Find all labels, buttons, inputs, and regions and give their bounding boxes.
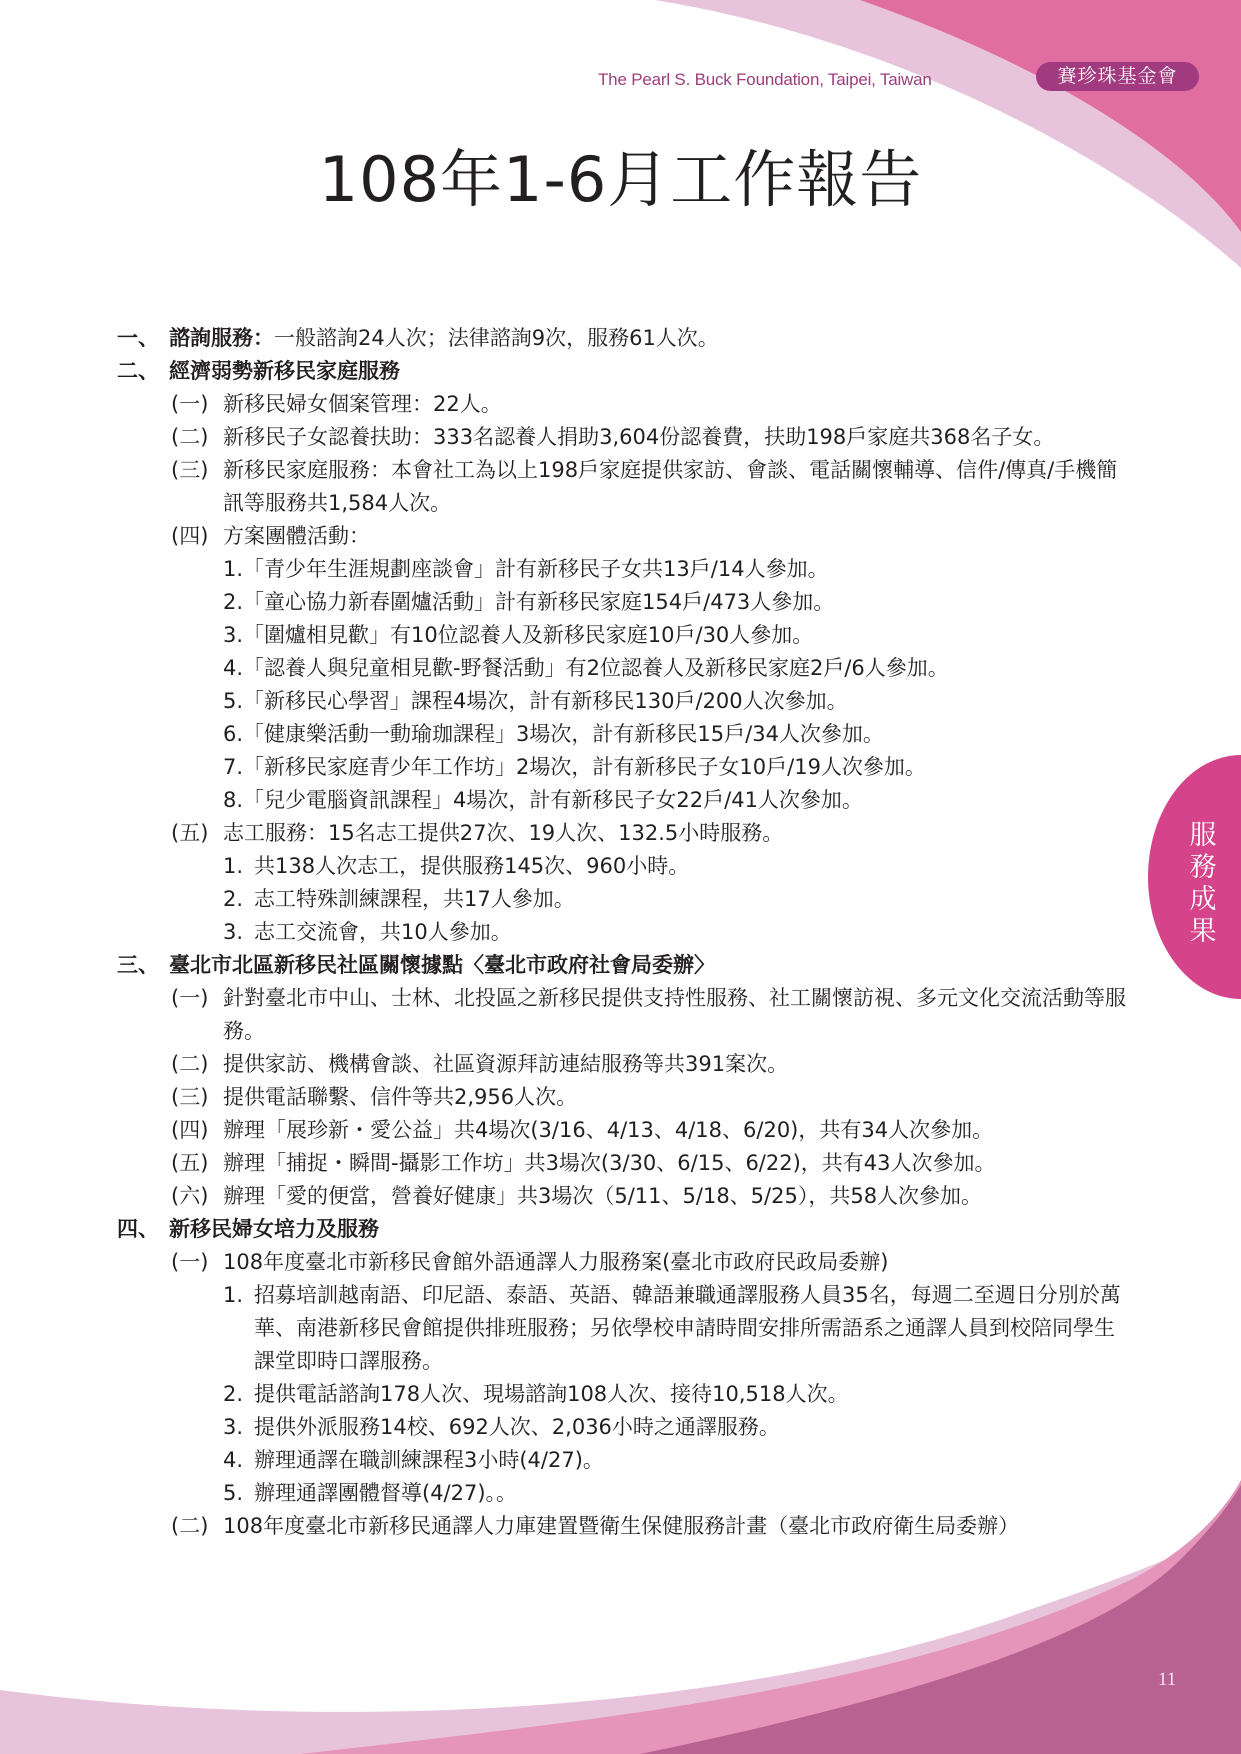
item-number: 4. [223, 656, 243, 680]
item-number: 1. [223, 557, 243, 581]
subsection-text: 提供家訪、機構會談、社區資源拜訪連結服務等共391案次。 [223, 1052, 788, 1076]
item-text: 提供外派服務14校、692人次、2,036小時之通譯服務。 [254, 1415, 780, 1439]
section-4: 四、新移民婦女培力及服務 [117, 1213, 1127, 1246]
item-text: 「青少年生涯規劃座談會」計有新移民子女共13戶/14人參加。 [243, 557, 829, 581]
subsection-number: (一) [171, 982, 208, 1015]
list-item: 8.「兒少電腦資訊課程」4場次，計有新移民子女22戶/41人次參加。 [117, 784, 1127, 817]
list-item: 3.志工交流會，共10人參加。 [117, 916, 1127, 949]
subsection: (四)辦理「展珍新・愛公益」共4場次(3/16、4/13、4/18、6/20)，… [117, 1114, 1127, 1147]
subsection-number: (三) [171, 454, 208, 487]
item-number: 5. [223, 689, 243, 713]
subsection-text: 辦理「捕捉・瞬間-攝影工作坊」共3場次(3/30、6/15、6/22)，共有43… [223, 1151, 996, 1175]
subsection-text: 辦理「愛的便當，營養好健康」共3場次（5/11、5/18、5/25），共58人次… [223, 1184, 982, 1208]
subsection-number: (二) [171, 421, 208, 454]
section-heading: 新移民婦女培力及服務 [169, 1217, 379, 1241]
subsection-number: (六) [171, 1180, 208, 1213]
section-2: 二、經濟弱勢新移民家庭服務 [117, 355, 1127, 388]
subsection-number: (五) [171, 1147, 208, 1180]
item-text: 「認養人與兒童相見歡-野餐活動」有2位認養人及新移民家庭2戶/6人參加。 [243, 656, 949, 680]
list-item: 2.提供電話諮詢178人次、現場諮詢108人次、接待10,518人次。 [117, 1378, 1127, 1411]
subsection-text: 提供電話聯繫、信件等共2,956人次。 [223, 1085, 577, 1109]
subsection-number: (二) [171, 1510, 208, 1543]
side-section-tab-label: 服務成果 [1188, 820, 1218, 948]
subsection-number: (二) [171, 1048, 208, 1081]
subsection-text: 新移民子女認養扶助：333名認養人捐助3,604份認養費，扶助198戶家庭共36… [223, 425, 1054, 449]
item-number: 7. [223, 755, 243, 779]
section-number: 四、 [117, 1213, 159, 1246]
item-number: 1. [223, 850, 243, 883]
section-heading: 經濟弱勢新移民家庭服務 [169, 359, 400, 383]
subsection: (一)108年度臺北市新移民會館外語通譯人力服務案(臺北市政府民政局委辦) [117, 1246, 1127, 1279]
list-item: 3.「圍爐相見歡」有10位認養人及新移民家庭10戶/30人參加。 [117, 619, 1127, 652]
subsection-number: (三) [171, 1081, 208, 1114]
section-3: 三、臺北市北區新移民社區關懷據點〈臺北市政府社會局委辦〉 [117, 949, 1127, 982]
subsection-text: 108年度臺北市新移民會館外語通譯人力服務案(臺北市政府民政局委辦) [223, 1250, 888, 1274]
list-item: 7.「新移民家庭青少年工作坊」2場次，計有新移民子女10戶/19人次參加。 [117, 751, 1127, 784]
header-org-badge: 賽珍珠基金會 [1036, 62, 1199, 91]
report-content: 一、諮詢服務：一般諮詢24人次；法律諮詢9次，服務61人次。 二、經濟弱勢新移民… [117, 322, 1127, 1543]
list-item: 2.志工特殊訓練課程，共17人參加。 [117, 883, 1127, 916]
item-text: 招募培訓越南語、印尼語、泰語、英語、韓語兼職通譯服務人員35名，每週二至週日分別… [254, 1283, 1121, 1373]
subsection-text: 新移民婦女個案管理：22人。 [223, 392, 502, 416]
subsection-number: (四) [171, 520, 208, 553]
item-text: 「童心協力新春圍爐活動」計有新移民家庭154戶/473人參加。 [243, 590, 834, 614]
list-item: 5.「新移民心學習」課程4場次，計有新移民130戶/200人次參加。 [117, 685, 1127, 718]
item-number: 2. [223, 590, 243, 614]
page-number: 11 [1158, 1669, 1176, 1691]
item-number: 3. [223, 916, 243, 949]
subsection: (一)新移民婦女個案管理：22人。 [117, 388, 1127, 421]
item-text: 共138人次志工，提供服務145次、960小時。 [254, 854, 689, 878]
subsection-number: (一) [171, 388, 208, 421]
subsection: (二)提供家訪、機構會談、社區資源拜訪連結服務等共391案次。 [117, 1048, 1127, 1081]
subsection: (五)志工服務：15名志工提供27次、19人次、132.5小時服務。 [117, 817, 1127, 850]
item-text: 「新移民心學習」課程4場次，計有新移民130戶/200人次參加。 [243, 689, 848, 713]
subsection-text: 辦理「展珍新・愛公益」共4場次(3/16、4/13、4/18、6/20)，共有3… [223, 1118, 993, 1142]
item-text: 志工特殊訓練課程，共17人參加。 [254, 887, 575, 911]
subsection: (二)108年度臺北市新移民通譯人力庫建置暨衛生保健服務計畫（臺北市政府衛生局委… [117, 1510, 1127, 1543]
list-item: 3.提供外派服務14校、692人次、2,036小時之通譯服務。 [117, 1411, 1127, 1444]
subsection-text: 志工服務：15名志工提供27次、19人次、132.5小時服務。 [223, 821, 783, 845]
page-title: 108年1-6月工作報告 [0, 140, 1241, 220]
subsection: (三)新移民家庭服務：本會社工為以上198戶家庭提供家訪、會談、電話關懷輔導、信… [117, 454, 1127, 520]
section-text: 一般諮詢24人次；法律諮詢9次，服務61人次。 [274, 326, 719, 350]
subsection-text: 108年度臺北市新移民通譯人力庫建置暨衛生保健服務計畫（臺北市政府衛生局委辦） [223, 1514, 1019, 1538]
header-org-english: The Pearl S. Buck Foundation, Taipei, Ta… [598, 70, 932, 90]
section-heading: 諮詢服務： [169, 326, 274, 350]
item-text: 「健康樂活動一動瑜珈課程」3場次，計有新移民15戶/34人次參加。 [243, 722, 884, 746]
subsection: (一)針對臺北市中山、士林、北投區之新移民提供支持性服務、社工關懷訪視、多元文化… [117, 982, 1127, 1048]
item-text: 辦理通譯在職訓練課程3小時(4/27)。 [254, 1448, 604, 1472]
list-item: 4.辦理通譯在職訓練課程3小時(4/27)。 [117, 1444, 1127, 1477]
item-number: 2. [223, 883, 243, 916]
item-text: 「圍爐相見歡」有10位認養人及新移民家庭10戶/30人參加。 [243, 623, 813, 647]
item-text: 「新移民家庭青少年工作坊」2場次，計有新移民子女10戶/19人次參加。 [243, 755, 926, 779]
section-number: 一、 [117, 322, 159, 355]
list-item: 1.「青少年生涯規劃座談會」計有新移民子女共13戶/14人參加。 [117, 553, 1127, 586]
subsection-text: 方案團體活動： [223, 524, 370, 548]
item-number: 1. [223, 1279, 243, 1312]
list-item: 5.辦理通譯團體督導(4/27)。。 [117, 1477, 1127, 1510]
subsection-text: 新移民家庭服務：本會社工為以上198戶家庭提供家訪、會談、電話關懷輔導、信件/傳… [223, 458, 1117, 515]
subsection: (四)方案團體活動： [117, 520, 1127, 553]
list-item: 4.「認養人與兒童相見歡-野餐活動」有2位認養人及新移民家庭2戶/6人參加。 [117, 652, 1127, 685]
section-heading: 臺北市北區新移民社區關懷據點〈臺北市政府社會局委辦〉 [169, 953, 715, 977]
subsection-number: (五) [171, 817, 208, 850]
item-text: 志工交流會，共10人參加。 [254, 920, 512, 944]
list-item: 2.「童心協力新春圍爐活動」計有新移民家庭154戶/473人參加。 [117, 586, 1127, 619]
subsection-text: 針對臺北市中山、士林、北投區之新移民提供支持性服務、社工關懷訪視、多元文化交流活… [223, 986, 1126, 1043]
subsection: (五)辦理「捕捉・瞬間-攝影工作坊」共3場次(3/30、6/15、6/22)，共… [117, 1147, 1127, 1180]
section-number: 二、 [117, 355, 159, 388]
item-number: 3. [223, 623, 243, 647]
subsection: (六)辦理「愛的便當，營養好健康」共3場次（5/11、5/18、5/25），共5… [117, 1180, 1127, 1213]
list-item: 1.招募培訓越南語、印尼語、泰語、英語、韓語兼職通譯服務人員35名，每週二至週日… [117, 1279, 1127, 1378]
item-number: 8. [223, 788, 243, 812]
subsection-number: (一) [171, 1246, 208, 1279]
subsection: (三)提供電話聯繫、信件等共2,956人次。 [117, 1081, 1127, 1114]
section-1: 一、諮詢服務：一般諮詢24人次；法律諮詢9次，服務61人次。 [117, 322, 1127, 355]
subsection-number: (四) [171, 1114, 208, 1147]
list-item: 1.共138人次志工，提供服務145次、960小時。 [117, 850, 1127, 883]
item-number: 3. [223, 1411, 243, 1444]
item-text: 辦理通譯團體督導(4/27)。。 [254, 1481, 517, 1505]
subsection: (二)新移民子女認養扶助：333名認養人捐助3,604份認養費，扶助198戶家庭… [117, 421, 1127, 454]
item-number: 2. [223, 1378, 243, 1411]
bottom-swoosh-light [0, 1520, 1241, 1754]
item-number: 4. [223, 1444, 243, 1477]
item-text: 「兒少電腦資訊課程」4場次，計有新移民子女22戶/41人次參加。 [243, 788, 863, 812]
top-swoosh-light [655, 0, 1241, 268]
item-number: 6. [223, 722, 243, 746]
item-number: 5. [223, 1477, 243, 1510]
section-number: 三、 [117, 949, 159, 982]
item-text: 提供電話諮詢178人次、現場諮詢108人次、接待10,518人次。 [254, 1382, 849, 1406]
list-item: 6.「健康樂活動一動瑜珈課程」3場次，計有新移民15戶/34人次參加。 [117, 718, 1127, 751]
